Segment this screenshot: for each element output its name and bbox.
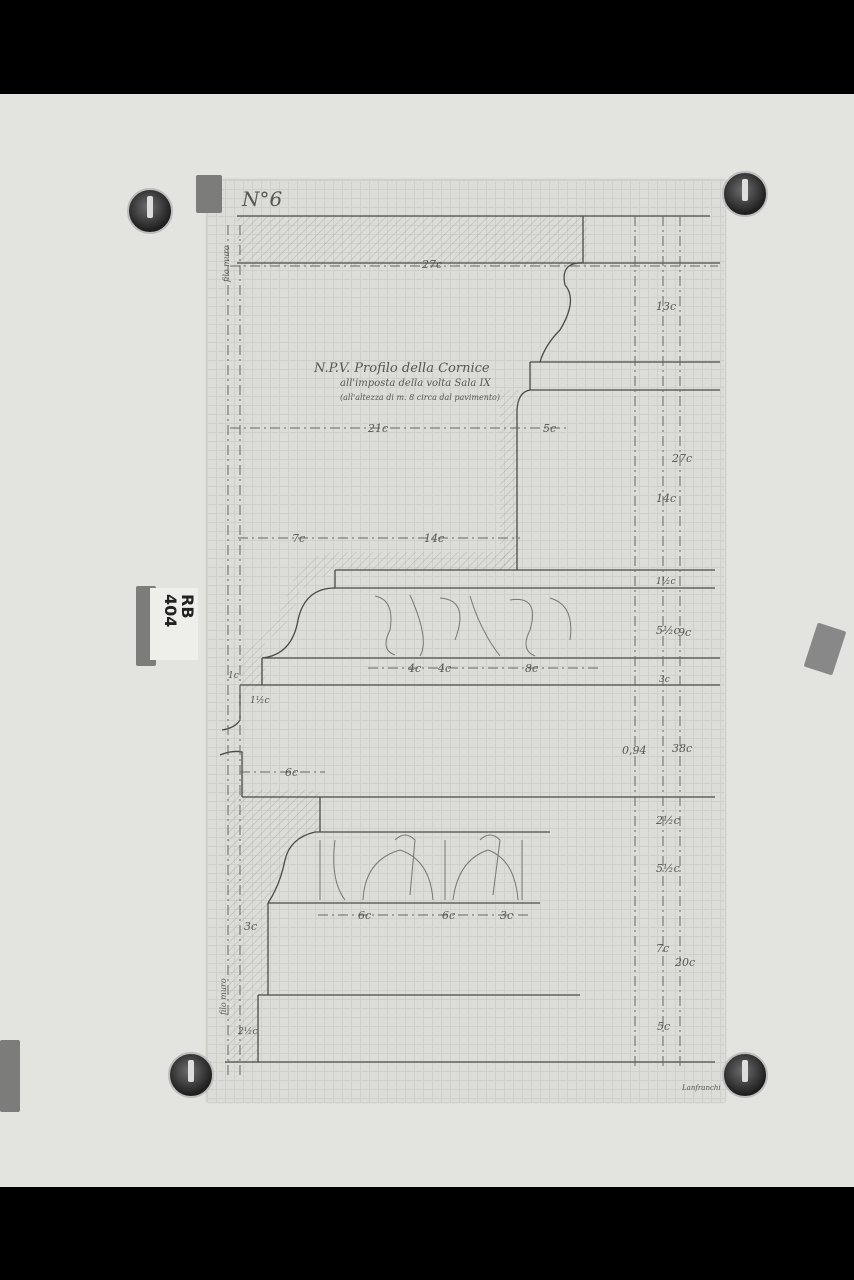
- svg-text:6c: 6c: [358, 909, 371, 922]
- svg-text:5½c: 5½c: [656, 862, 680, 875]
- svg-text:5c: 5c: [657, 1020, 670, 1033]
- svg-text:13c: 13c: [656, 300, 676, 313]
- svg-text:4c: 4c: [437, 662, 451, 675]
- acanthus-ornament: [375, 595, 571, 656]
- svg-text:4c: 4c: [407, 662, 421, 675]
- architectural-drawing: N°6: [0, 0, 854, 1280]
- drawing-title-line-2: all'imposta della volta Sala IX: [340, 378, 491, 389]
- svg-text:7c: 7c: [292, 532, 305, 545]
- svg-text:1c: 1c: [228, 671, 239, 681]
- side-label-bottom: filo muro: [219, 978, 228, 1016]
- side-label-top: filo muro: [222, 245, 231, 283]
- svg-text:27c: 27c: [421, 258, 442, 271]
- dimension-reference-lines: [228, 216, 718, 1075]
- svg-text:14c: 14c: [656, 492, 676, 505]
- svg-text:2½c: 2½c: [655, 814, 680, 827]
- svg-text:9c: 9c: [678, 626, 691, 639]
- svg-text:1½c: 1½c: [250, 695, 270, 706]
- svg-text:27c: 27c: [671, 452, 692, 465]
- drawing-title-line-1: N.P.V. Profilo della Cornice: [313, 361, 490, 376]
- svg-text:3c: 3c: [500, 909, 513, 922]
- svg-text:2½c: 2½c: [237, 1026, 258, 1037]
- sheet-number: N°6: [241, 187, 283, 211]
- svg-text:20c: 20c: [674, 956, 695, 969]
- hatched-wall-section: [228, 216, 587, 1063]
- svg-text:5½c: 5½c: [656, 624, 680, 637]
- svg-text:14c: 14c: [424, 532, 444, 545]
- svg-text:3c: 3c: [659, 675, 670, 685]
- svg-text:7c: 7c: [656, 942, 669, 955]
- svg-text:6c: 6c: [285, 766, 298, 779]
- svg-text:6c: 6c: [442, 909, 455, 922]
- right-dimension-labels: 13c 27c 14c 1½c 5½c 9c 3c 0,94 38c 2½c 5…: [622, 300, 695, 1033]
- cornice-profile-lines: [220, 216, 720, 1062]
- svg-text:1½c: 1½c: [656, 576, 676, 587]
- svg-text:5c: 5c: [543, 422, 556, 435]
- svg-text:0,94: 0,94: [622, 744, 647, 757]
- svg-text:3c: 3c: [244, 920, 257, 933]
- svg-text:8c: 8c: [525, 662, 538, 675]
- svg-text:38c: 38c: [672, 742, 692, 755]
- egg-and-dart-ornament: [320, 835, 522, 900]
- drawing-title-line-3: (all'altezza di m. 8 circa dal pavimento…: [340, 393, 500, 402]
- svg-text:21c: 21c: [367, 422, 388, 435]
- artist-signature: Lanfranchi: [681, 1084, 721, 1092]
